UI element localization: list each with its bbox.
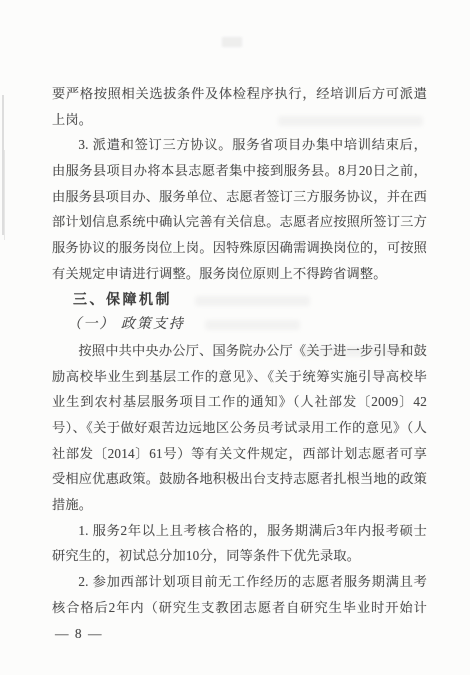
document-body: 要严格按照相关选拔条件及体检程序执行，经培训后方可派遣 上岗。 3. 派遣和签订… bbox=[52, 81, 427, 620]
page-number: — 8 — bbox=[55, 621, 103, 647]
section-heading-3: 三、保障机制 bbox=[52, 287, 427, 313]
body-line-5: 由服务县项目办、服务单位、志愿者签订三方服务协议，并在西 bbox=[52, 184, 427, 210]
body-line-7: 服务协议的服务岗位上岗。因特殊原因确需调换岗位的，可按照 bbox=[52, 235, 427, 261]
body-line-1: 要严格按照相关选拔条件及体检程序执行，经培训后方可派遣 bbox=[52, 81, 427, 107]
body-line-21: 核合格后2年内（研究生支教团志愿者自研究生毕业时开始计 bbox=[52, 595, 427, 621]
body-line-17: 措施。 bbox=[52, 492, 427, 518]
body-line-12: 励高校毕业生到基层工作的意见》、《关于统筹实施引导高校毕 bbox=[52, 364, 427, 390]
body-line-19: 研究生的，初试总分加10分，同等条件下优先录取。 bbox=[52, 543, 427, 569]
body-line-15: 社部发〔2014〕61号）等有关文件规定，西部计划志愿者可享 bbox=[52, 441, 427, 467]
scan-artifact bbox=[4, 150, 5, 240]
body-line-2: 上岗。 bbox=[52, 107, 427, 133]
body-line-6: 部计划信息系统中确认完善有关信息。志愿者应按照所签订三方 bbox=[52, 209, 427, 235]
scan-artifact bbox=[222, 37, 242, 47]
scanned-document-page: 要严格按照相关选拔条件及体检程序执行，经培训后方可派遣 上岗。 3. 派遣和签订… bbox=[0, 0, 470, 675]
body-line-16: 受相应优惠政策。鼓励各地积极出台支持志愿者扎根当地的政策 bbox=[52, 466, 427, 492]
body-line-11: 按照中共中央办公厅、国务院办公厅《关于进一步引导和鼓 bbox=[52, 338, 427, 364]
body-line-3: 3. 派遣和签订三方协议。服务省项目办集中培训结束后， bbox=[52, 132, 427, 158]
body-line-4: 由服务县项目办将本县志愿者集中接到服务县。8月20日之前， bbox=[52, 158, 427, 184]
body-line-14: 号）、《关于做好艰苦边远地区公务员考试录用工作的意见》（人 bbox=[52, 415, 427, 441]
body-line-13: 业生到农村基层服务项目工作的通知》（人社部发〔2009〕42 bbox=[52, 389, 427, 415]
body-line-20: 2. 参加西部计划项目前无工作经历的志愿者服务期满且考 bbox=[52, 569, 427, 595]
body-line-18: 1. 服务2年以上且考核合格的，服务期满后3年内报考硕士 bbox=[52, 518, 427, 544]
subsection-heading-1: （一） 政策支持 bbox=[52, 312, 427, 338]
scan-artifact bbox=[2, 95, 4, 235]
body-line-8: 有关规定申请进行调整。服务岗位原则上不得跨省调整。 bbox=[52, 261, 427, 287]
